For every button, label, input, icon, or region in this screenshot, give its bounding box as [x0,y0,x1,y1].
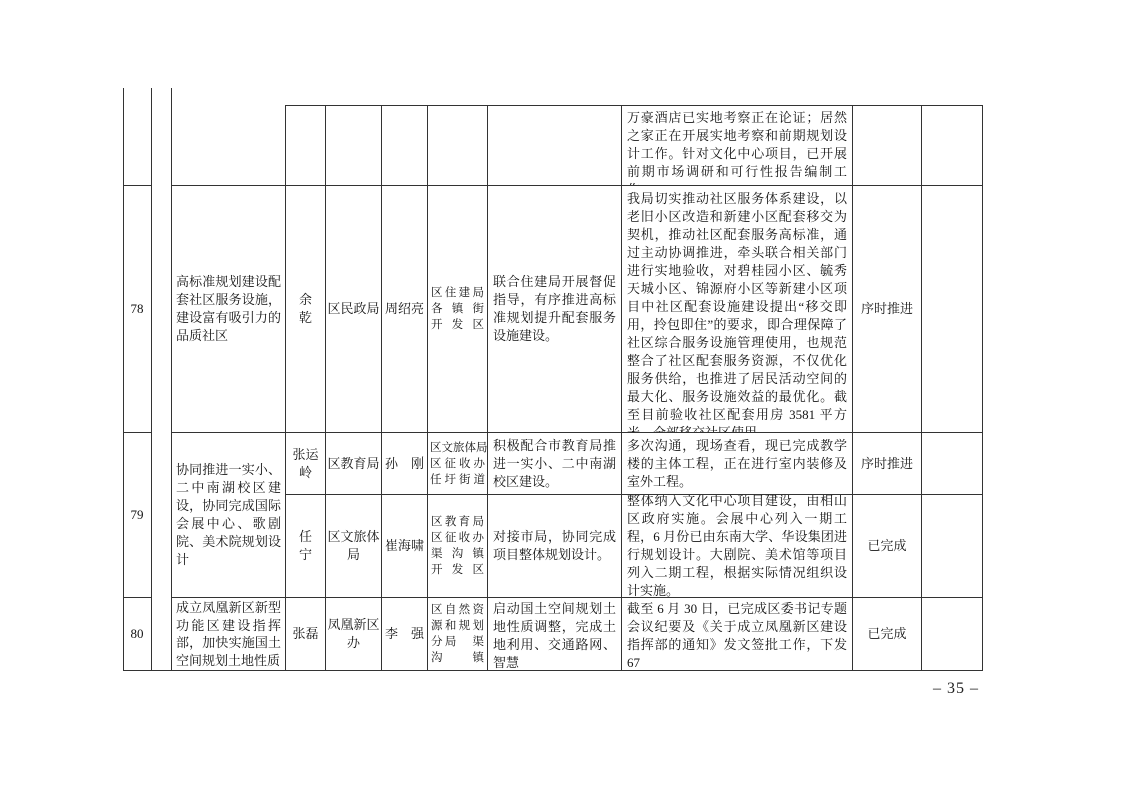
row-80-status-cell: 已完成 [853,598,921,670]
person-name: 崔海啸 [382,537,427,555]
progress-text: 我局切实推动社区服务体系建设，以老旧小区改造和新建小区配套移交为契机，推动社区配… [627,190,847,432]
row-78-progress-cell: 我局切实推动社区服务体系建设，以老旧小区改造和新建小区配套移交为契机，推动社区配… [622,186,852,432]
detail-text: 联合住建局开展督促指导，有序推进高标准规划提升配套服务设施建设。 [493,273,616,345]
status-badge: 序时推进 [853,300,921,318]
document-page: 万豪酒店已实地考察正在论证；居然之家正在开展实地考察和前期规划设计工作。针对文化… [0,0,1122,793]
row-79b-unit-cell: 区教育局 区征收办 渠沟镇 开发区 [428,495,487,597]
grid-line [151,88,152,670]
grid-line [921,105,922,670]
row-78-task-cell: 高标准规划建设配套社区服务设施，建设富有吸引力的品质社区 [172,186,285,432]
status-badge: 序时推进 [853,455,921,473]
row-79-task-cell: 协同推进一实小、二中南湖校区建设，协同完成国际会展中心、歌剧院、美术院规划设计 [172,433,285,597]
unit-names: 区教育局 区征收办 渠沟镇 开发区 [431,514,484,578]
row-78-leader-cell: 余 乾 [286,186,325,432]
row-79a-unit-cell: 区文旅体局 区征收办 任圩街道 [428,433,487,494]
detail-text: 对接市局，协同完成项目整体规划设计。 [493,528,616,564]
row-80-number-cell: 80 [123,598,151,670]
dept-name: 区民政局 [326,300,381,318]
page-number: – 35 – [918,680,994,698]
row-79b-dept-cell: 区文旅体 局 [326,495,381,597]
row-number: 80 [123,625,151,643]
row-79a-detail-cell: 积极配合市教育局推进一实小、二中南湖校区建设。 [488,433,621,494]
leader-name: 任 宁 [286,528,325,564]
grid-line [982,105,983,671]
row-80-task-cell: 成立凤凰新区新型功能区建设指挥部，加快实施国土空间规划土地性质 [172,598,285,670]
carryover-progress-cell: 万豪酒店已实地考察正在论证；居然之家正在开展实地考察和前期规划设计工作。针对文化… [622,106,852,185]
row-80-leader-cell: 张磊 [286,598,325,670]
dept-name: 凤凰新区 办 [326,616,381,652]
row-78-dept-cell: 区民政局 [326,186,381,432]
person-name: 李 强 [382,625,427,643]
status-badge: 已完成 [853,625,921,643]
task-text: 协同推进一实小、二中南湖校区建设，协同完成国际会展中心、歌剧院、美术院规划设计 [176,461,281,569]
unit-names: 区住建局 各镇街 开发区 [431,285,484,333]
task-text: 成立凤凰新区新型功能区建设指挥部，加快实施国土空间规划土地性质 [176,599,281,669]
person-name: 周绍亮 [382,300,427,318]
row-79a-progress-cell: 多次沟通，现场查看，现已完成教学楼的主体工程，正在进行室内装修及室外工程。 [622,433,852,494]
unit-names: 区文旅体局 区征收办 任圩街道 [430,440,485,488]
status-badge: 已完成 [853,537,921,555]
row-79a-leader-cell: 张运 岭 [286,433,325,494]
row-80-detail-cell: 启动国土空间规划土地性质调整，完成土地利用、交通路网、智慧 [488,598,621,670]
row-80-progress-cell: 截至 6 月 30 日，已完成区委书记专题会议纪要及《关于成立凤凰新区建设指挥部… [622,598,852,670]
unit-names: 区自然资 源和规划 分局 渠 沟镇 [431,602,484,666]
row-79b-leader-cell: 任 宁 [286,495,325,597]
carryover-progress-text: 万豪酒店已实地考察正在论证；居然之家正在开展实地考察和前期规划设计工作。针对文化… [627,109,847,185]
row-80-dept-cell: 凤凰新区 办 [326,598,381,670]
row-number: 79 [123,506,151,524]
row-79-number-cell: 79 [123,433,151,597]
progress-text: 多次沟通，现场查看，现已完成教学楼的主体工程，正在进行室内装修及室外工程。 [627,437,847,491]
detail-text: 启动国土空间规划土地性质调整，完成土地利用、交通路网、智慧 [493,600,616,670]
row-number: 78 [123,300,151,318]
row-79b-status-cell: 已完成 [853,495,921,597]
dept-name: 区教育局 [326,455,381,473]
row-79b-detail-cell: 对接市局，协同完成项目整体规划设计。 [488,495,621,597]
progress-text: 截至 6 月 30 日，已完成区委书记专题会议纪要及《关于成立凤凰新区建设指挥部… [627,600,847,670]
row-80-person-cell: 李 强 [382,598,427,670]
row-79b-person-cell: 崔海啸 [382,495,427,597]
row-78-status-cell: 序时推进 [853,186,921,432]
detail-text: 积极配合市教育局推进一实小、二中南湖校区建设。 [493,437,616,491]
row-79a-dept-cell: 区教育局 [326,433,381,494]
row-78-detail-cell: 联合住建局开展督促指导，有序推进高标准规划提升配套服务设施建设。 [488,186,621,432]
person-name: 孙 刚 [382,455,427,473]
leader-name: 张运 岭 [286,446,325,482]
row-78-number-cell: 78 [123,186,151,432]
row-79b-progress-cell: 整体纳入文化中心项目建设，由相山区政府实施。会展中心列入一期工程，6 月份已由东… [622,495,852,597]
grid-line [123,670,983,671]
leader-name: 张磊 [286,625,325,643]
row-80-unit-cell: 区自然资 源和规划 分局 渠 沟镇 [428,598,487,670]
row-78-unit-cell: 区住建局 各镇街 开发区 [428,186,487,432]
task-text: 高标准规划建设配套社区服务设施，建设富有吸引力的品质社区 [176,273,281,345]
row-79a-status-cell: 序时推进 [853,433,921,494]
row-79a-person-cell: 孙 刚 [382,433,427,494]
progress-text: 整体纳入文化中心项目建设，由相山区政府实施。会展中心列入一期工程，6 月份已由东… [627,495,847,597]
row-78-person-cell: 周绍亮 [382,186,427,432]
leader-name: 余 乾 [286,291,325,327]
dept-name: 区文旅体 局 [326,528,381,564]
